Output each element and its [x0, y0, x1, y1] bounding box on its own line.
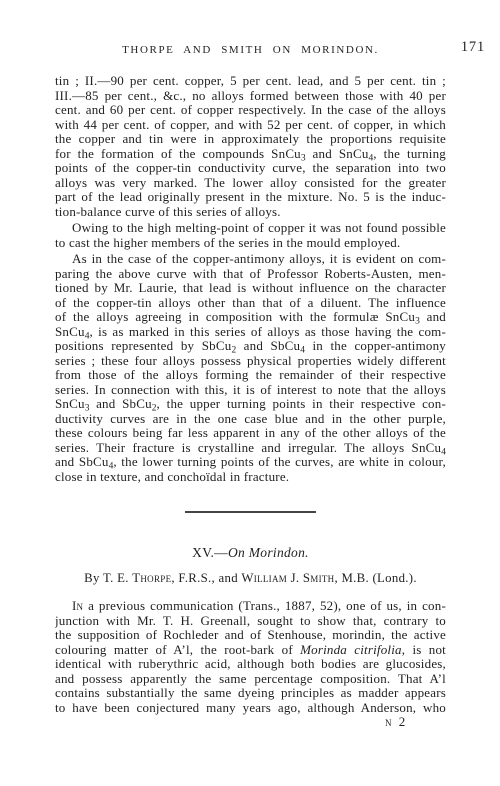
- section-divider-rule: [185, 511, 316, 513]
- text-line: points of the copper-tin conductivity cu…: [55, 161, 446, 176]
- page-number: 171: [461, 40, 485, 54]
- text-line: As in the case of the copper-antimony al…: [55, 252, 446, 267]
- text-line: identical with ruberythric acid, althoug…: [55, 657, 446, 672]
- journal-page: THORPE AND SMITH ON MORINDON. 171 tin ; …: [0, 0, 500, 786]
- text-line: junction with Mr. T. H. Greenall, sought…: [55, 614, 446, 629]
- paragraph: In a previous communication (Trans., 188…: [55, 599, 446, 715]
- text-line: series. Their fracture is crystalline an…: [55, 441, 446, 456]
- paragraph: Owing to the high melting-point of coppe…: [55, 221, 446, 250]
- text-line: positions represented by SbCu2 and SbCu4…: [55, 339, 446, 354]
- continued-article-text: tin ; II.—90 per cent. copper, 5 per cen…: [55, 74, 446, 484]
- running-head: THORPE AND SMITH ON MORINDON. 171: [55, 43, 446, 57]
- text-line: colouring matter of A’l, the root-bark o…: [55, 643, 446, 658]
- text-line: Owing to the high melting-point of coppe…: [55, 221, 446, 236]
- text-line: tioned by Mr. Laurie, that lead is witho…: [55, 281, 446, 296]
- text-line: and SbCu4, the lower turning points of t…: [55, 455, 446, 470]
- text-line: of the alloys agreeing in composition wi…: [55, 310, 446, 325]
- text-line: series. In connection with this, it is o…: [55, 383, 446, 398]
- article-heading: XV.—On Morindon.: [55, 545, 446, 560]
- text-line: to have been conjectured many years ago,…: [55, 701, 446, 716]
- new-article-text: In a previous communication (Trans., 188…: [55, 599, 446, 715]
- text-line: to cast the higher members of the series…: [55, 236, 446, 251]
- article-number: XV.—: [192, 545, 228, 560]
- text-line: these colours being far less apparent in…: [55, 426, 446, 441]
- text-line: with 44 per cent. of copper, and with 52…: [55, 118, 446, 133]
- text-line: paring the above curve with that of Prof…: [55, 267, 446, 282]
- type-area: THORPE AND SMITH ON MORINDON. 171 tin ; …: [55, 0, 446, 786]
- text-line: III.—85 per cent., &c., no alloys formed…: [55, 89, 446, 104]
- text-line: alloys was very marked. The lower alloy …: [55, 176, 446, 191]
- text-line: tin ; II.—90 per cent. copper, 5 per cen…: [55, 74, 446, 89]
- text-line: cent. and 60 per cent. of copper respect…: [55, 103, 446, 118]
- text-line: and possess apparently the same percenta…: [55, 672, 446, 687]
- text-line: ductivity curves are in the one case blu…: [55, 412, 446, 427]
- text-line: the copper and tin were in approximately…: [55, 132, 446, 147]
- text-line: for the formation of the compounds SnCu3…: [55, 147, 446, 162]
- text-line: tion-balance curve of this series of all…: [55, 205, 446, 220]
- text-line: SnCu3 and SbCu2, the upper turning point…: [55, 397, 446, 412]
- signature-mark: n 2: [385, 714, 405, 730]
- article-title: On Morindon.: [228, 545, 309, 560]
- running-head-title: THORPE AND SMITH ON MORINDON.: [122, 44, 379, 56]
- text-line: series ; these four alloys possess physi…: [55, 354, 446, 369]
- text-line: from those of the alloys forming the rem…: [55, 368, 446, 383]
- text-line: SnCu4, is as marked in this series of al…: [55, 325, 446, 340]
- paragraph: tin ; II.—90 per cent. copper, 5 per cen…: [55, 74, 446, 219]
- text-line: of the copper-tin alloys other than that…: [55, 296, 446, 311]
- text-line: contains substantially the same dyeing p…: [55, 686, 446, 701]
- text-line: part of the lead originally present in t…: [55, 190, 446, 205]
- text-line: the supposition of Rochleder and of Sten…: [55, 628, 446, 643]
- paragraph: As in the case of the copper-antimony al…: [55, 252, 446, 484]
- text-line: close in texture, and conchoïdal in frac…: [55, 470, 446, 485]
- article-byline: By T. E. Thorpe, F.R.S., and William J. …: [55, 571, 446, 586]
- text-line: In a previous communication (Trans., 188…: [55, 599, 446, 614]
